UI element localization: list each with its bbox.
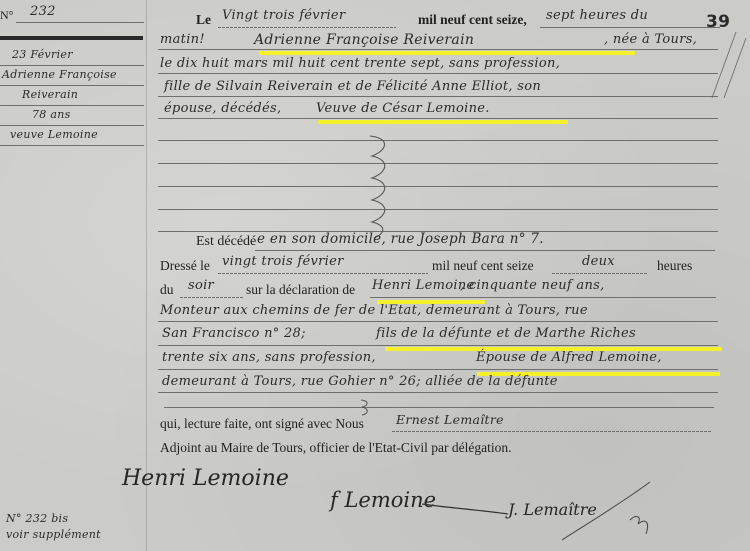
margin-surname: Reiverain xyxy=(22,88,78,101)
rule xyxy=(158,49,718,50)
signature-flourish xyxy=(420,500,510,516)
rule xyxy=(158,118,718,119)
line4-parents: fille de Silvain Reiverain et de Félicit… xyxy=(164,79,541,94)
declarant-age: , cinquante neuf ans, xyxy=(460,278,605,293)
rule xyxy=(0,105,144,106)
line2-text-a: matin! xyxy=(160,32,205,47)
rule xyxy=(0,145,144,146)
printed-mil-neuf-cent-seize: mil neuf cent seize xyxy=(432,258,534,274)
margin-status: veuve Lemoine xyxy=(10,128,98,141)
rule xyxy=(158,345,718,346)
margin-supplement-note: voir supplément xyxy=(6,528,101,541)
rule xyxy=(392,431,712,432)
printed-year: mil neuf cent seize, xyxy=(418,12,527,28)
declarant-occupation: Monteur aux chemins de fer de l'Etat, de… xyxy=(160,303,588,318)
deceased-name: Adrienne Françoise Reiverain xyxy=(254,32,474,48)
rule xyxy=(158,321,718,322)
widow-of: Veuve de César Lemoine. xyxy=(316,101,490,116)
printed-sur-la-declaration: sur la déclaration de xyxy=(246,282,355,298)
rule xyxy=(552,273,648,274)
death-place: e en son domicile, rue Joseph Bara n° 7. xyxy=(257,231,544,247)
signature-henri-lemoine: Henri Lemoine xyxy=(122,466,289,491)
handwritten-date: Vingt trois février xyxy=(222,8,345,23)
strike-through-mark xyxy=(358,398,372,416)
highlight-deceased-name xyxy=(259,51,635,55)
second-declarant-age: trente six ans, sans profession, xyxy=(162,350,376,365)
handwritten-time: sept heures du xyxy=(546,8,648,23)
declarant-relation: fils de la défunte et de Marthe Riches xyxy=(376,326,636,341)
rule xyxy=(158,186,718,187)
rule xyxy=(0,125,144,126)
margin-date: 23 Février xyxy=(12,48,73,61)
rule xyxy=(158,163,718,164)
line2-text-b: , née à Tours, xyxy=(604,32,697,47)
rule xyxy=(158,209,718,210)
record-number-label: N° xyxy=(0,8,13,23)
margin-age: 78 ans xyxy=(32,108,71,121)
printed-du: du xyxy=(160,282,174,298)
strike-through-squiggle xyxy=(362,134,392,238)
rule xyxy=(158,140,718,141)
printed-est-decede: Est décédé xyxy=(196,234,256,250)
printed-qui-lecture-faite: qui, lecture faite, ont signé avec Nous xyxy=(160,416,364,432)
line3-birth: le dix huit mars mil huit cent trente se… xyxy=(160,56,560,71)
rule xyxy=(158,73,718,74)
rule xyxy=(0,65,144,66)
margin-separator-bar xyxy=(0,36,143,40)
rule xyxy=(255,250,715,251)
rule xyxy=(0,85,144,86)
death-record-page: 39 N° 232 23 Février Adrienne Françoise … xyxy=(0,0,750,551)
rule xyxy=(370,297,716,298)
drawn-up-date: vingt trois février xyxy=(222,254,344,269)
drawn-up-period: soir xyxy=(188,278,214,293)
rule xyxy=(158,369,718,370)
drawn-up-hour: deux xyxy=(582,254,615,269)
printed-heures: heures xyxy=(657,258,692,274)
margin-pen-strokes xyxy=(700,30,750,100)
declarant-address: San Francisco n° 28; xyxy=(162,326,306,341)
rule xyxy=(218,27,396,28)
rule xyxy=(540,27,720,28)
rule xyxy=(16,22,144,23)
printed-le: Le xyxy=(196,12,211,28)
rule xyxy=(218,273,428,274)
printed-dresse-le: Dressé le xyxy=(160,258,210,274)
signature-official-flourish xyxy=(560,478,660,544)
printed-adjoint-au-maire: Adjoint au Maire de Tours, officier de l… xyxy=(160,440,512,456)
highlight-widow-of xyxy=(318,120,568,124)
rule xyxy=(180,297,244,298)
margin-given-names: Adrienne Françoise xyxy=(2,68,117,81)
rule xyxy=(158,392,718,393)
official-name: Ernest Lemaître xyxy=(396,412,504,427)
line5-text-a: épouse, décédés, xyxy=(164,101,281,116)
page-number: 39 xyxy=(706,12,730,32)
rule xyxy=(164,407,714,408)
margin-supplement-number: N° 232 bis xyxy=(6,512,68,525)
second-declarant-relation: Épouse de Alfred Lemoine, xyxy=(476,350,662,365)
rule xyxy=(158,96,718,97)
record-number: 232 xyxy=(30,4,56,19)
second-declarant-residence: demeurant à Tours, rue Gohier n° 26; all… xyxy=(162,374,558,389)
